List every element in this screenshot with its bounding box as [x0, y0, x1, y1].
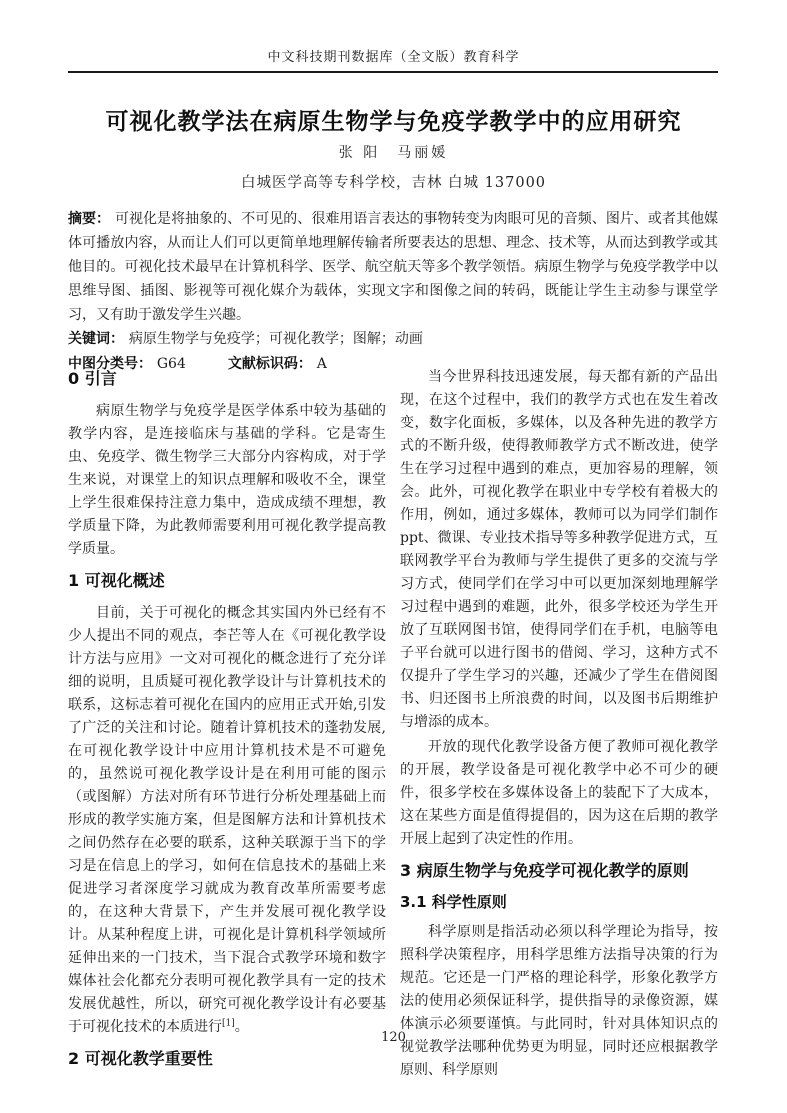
citation-ref-1: [1]	[222, 1018, 235, 1028]
abstract: 摘要：可视化是将抽象的、不可见的、很难用语言表达的事物转变为肉眼可见的音频、图片…	[68, 207, 718, 327]
paragraph-text: 目前，关于可视化的概念其实国内外已经有不少人提出不同的观点，李芒等人在《可视化教…	[68, 605, 386, 1035]
right-column: 当今世界科技迅速发展，每天都有新的产品出现，在这个过程中，我们的教学方式也在发生…	[400, 366, 718, 1084]
page-number: 120	[0, 1030, 787, 1045]
section-heading-importance: 2 可视化教学重要性	[68, 1048, 386, 1070]
section-heading-principles: 3 病原生物学与免疫学可视化教学的原则	[400, 860, 718, 882]
paragraph-importance-1: 当今世界科技迅速发展，每天都有新的产品出现，在这个过程中，我们的教学方式也在发生…	[400, 366, 718, 734]
section-heading-introduction: 0 引言	[68, 368, 386, 390]
keywords-label: 关键词：	[68, 331, 129, 347]
affiliation: 白城医学高等专科学校，吉林 白城 137000	[0, 171, 787, 192]
paragraph-visualization-overview: 目前，关于可视化的概念其实国内外已经有不少人提出不同的观点，李芒等人在《可视化教…	[68, 602, 386, 1039]
keywords: 关键词：病原生物学与免疫学；可视化教学；图解；动画	[68, 327, 718, 351]
subsection-heading-scientific-principle: 3.1 科学性原则	[400, 892, 718, 912]
authors: 张 阳 马丽媛	[0, 142, 787, 162]
paragraph-importance-2: 开放的现代化教学设备方便了教师可视化教学的开展，教学设备是可视化教学中必不可少的…	[400, 736, 718, 851]
paragraph-scientific-principle: 科学原则是指活动必须以科学理论为指导，按照科学决策程序，用科学思维方法指导决策的…	[400, 921, 718, 1082]
article-title: 可视化教学法在病原生物学与免疫学教学中的应用研究	[36, 107, 751, 137]
journal-header: 中文科技期刊数据库（全文版）教育科学	[0, 46, 787, 65]
header-divider	[68, 71, 718, 73]
paragraph-introduction: 病原生物学与免疫学是医学体系中较为基础的教学内容，是连接临床与基础的学科。它是寄…	[68, 400, 386, 561]
left-column: 0 引言 病原生物学与免疫学是医学体系中较为基础的教学内容，是连接临床与基础的学…	[68, 366, 386, 1084]
keywords-text: 病原生物学与免疫学；可视化教学；图解；动画	[129, 331, 423, 347]
abstract-label: 摘要：	[68, 211, 115, 227]
section-heading-visualization-overview: 1 可视化概述	[68, 570, 386, 592]
abstract-text: 可视化是将抽象的、不可见的、很难用语言表达的事物转变为肉眼可见的音频、图片、或者…	[68, 211, 718, 323]
document-page: 中文科技期刊数据库（全文版）教育科学 可视化教学法在病原生物学与免疫学教学中的应…	[0, 0, 787, 1113]
article-meta: 摘要：可视化是将抽象的、不可见的、很难用语言表达的事物转变为肉眼可见的音频、图片…	[68, 207, 718, 376]
body-columns: 0 引言 病原生物学与免疫学是医学体系中较为基础的教学内容，是连接临床与基础的学…	[68, 366, 718, 1084]
